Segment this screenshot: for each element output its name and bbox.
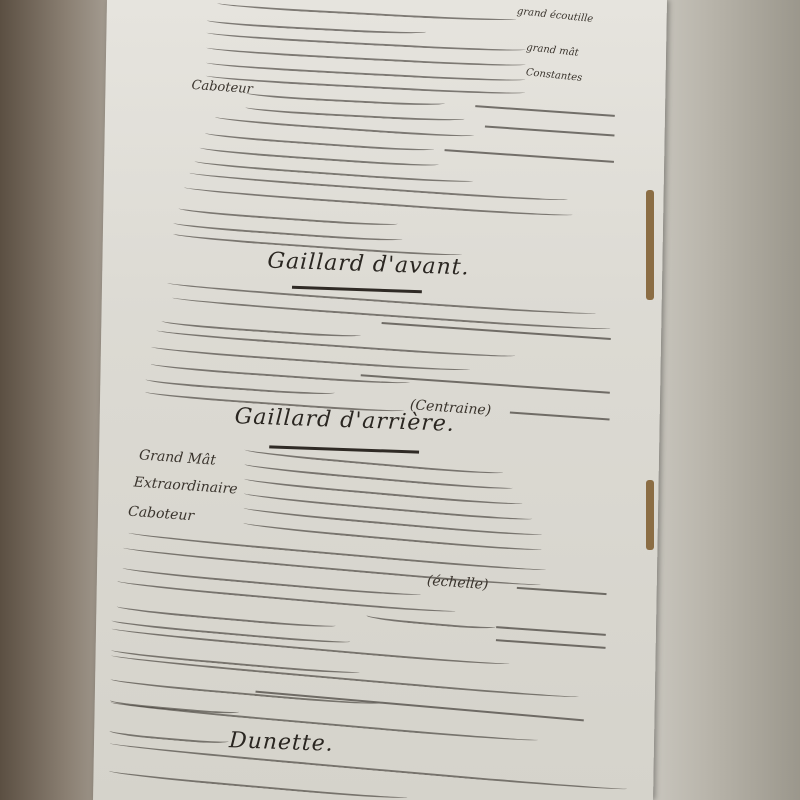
leader-line <box>361 374 610 393</box>
leader-line <box>496 639 606 649</box>
leader-line <box>517 587 607 595</box>
left-label: Grand Mât <box>138 447 216 468</box>
margin-note: grand écoutille <box>516 6 593 25</box>
margin-note: grand mât <box>526 42 580 58</box>
left-label: Extraordinaire <box>133 474 238 497</box>
leader-line <box>444 149 614 163</box>
leader-line <box>475 105 615 117</box>
leader-line <box>510 412 610 421</box>
left-label: Caboteur <box>191 78 253 97</box>
margin-note: Constantes <box>525 67 583 84</box>
manuscript-page: Caboteur Gaillard d'avant. (Centraine) G… <box>93 0 667 800</box>
fragment: (échelle) <box>426 573 489 593</box>
background-left <box>0 0 110 800</box>
script-line <box>111 650 580 701</box>
background-right <box>650 0 800 800</box>
script-line <box>109 765 408 800</box>
binding-thread <box>646 190 654 300</box>
binding-thread <box>646 480 654 550</box>
leader-line <box>485 125 615 136</box>
left-label: Caboteur <box>127 504 194 525</box>
leader-line <box>496 626 606 636</box>
script-line <box>109 737 627 792</box>
script-line <box>366 609 496 630</box>
